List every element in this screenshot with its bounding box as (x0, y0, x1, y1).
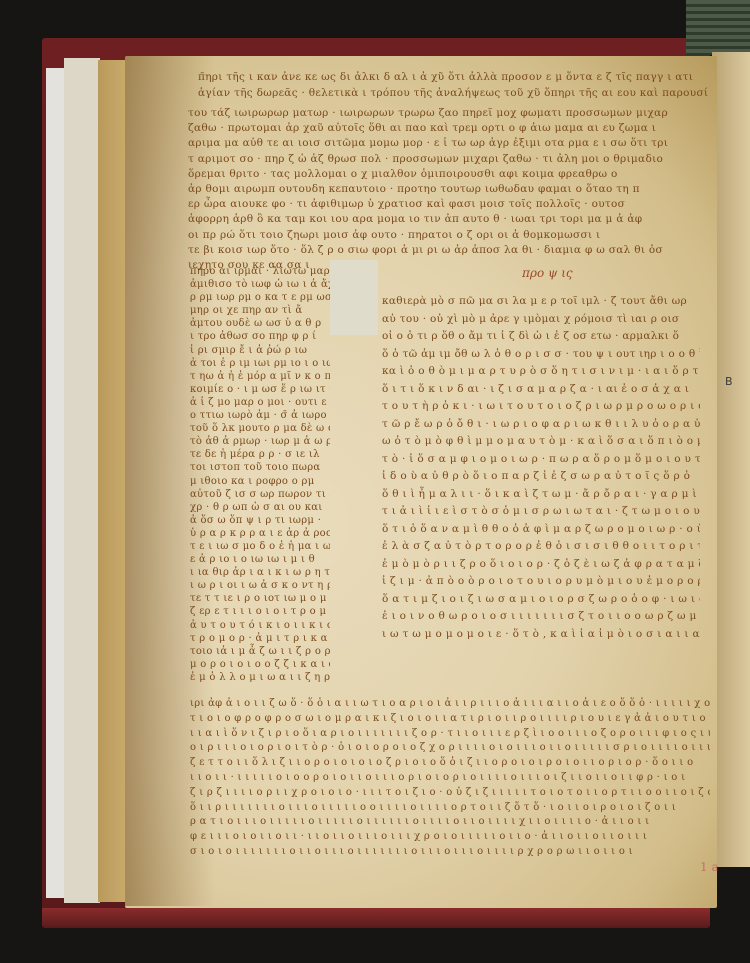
left-column-line: ἐ μ ὀ λ λ ο μ ι ω α ι ι ζ η ρ (190, 671, 330, 684)
body-line: τ αριμοτ σο · πηρ ζ ὡ ἀζ θρωσ πολ · προσ… (188, 152, 713, 167)
left-column-line: ἀμτου ουδὲ ω ωσ ὑ α θ ρ (190, 317, 330, 330)
bottom-line: φ ε ι ι ι ο ι ο ι ι ο ι ι · ι ι ο ι ι ο … (190, 830, 710, 845)
left-column-line: ὑ ρ α ρ κ ρ ρ α ι ε ἀρ ἀ ροσ (190, 527, 330, 540)
left-column-line: ρ ρμ ιωρ ρμ ο κα τ ε ρμ ωσ τ ια (190, 291, 330, 304)
body-line: ἀρ θομι αιρωμπ ουτουδη κεπαυτοιο · προτη… (188, 182, 713, 197)
body-line: ερ ὦρα αιουκε φο · τι ἀφιθιμωρ ὑ χρατιοσ… (188, 197, 713, 212)
left-column-line: ζ ερ ε τ ι ι ι ο ι ο ι τ ρ ο μ ω ρ (190, 605, 330, 618)
bottom-text-block: ιρι ἀφ ἀ ι ο ι ι ζ ω ὅ · ὅ ὁ ι α ι ι ω τ… (190, 697, 710, 860)
flyleaf-inner (64, 58, 100, 903)
right-column-line: ἰ δ ο ὺ α ὐ θ ρ ὸ ὅ ι ο π α ρ ζ ἱ ἐ ζ σ … (382, 468, 700, 486)
left-column-line: μηρ οι χε πηρ αν τὶ ἄ (190, 304, 330, 317)
right-column-line: τ ο υ τ ὴ ρ ὁ κ ι · ι ω ι τ ο υ τ ο ι ο … (382, 398, 700, 416)
body-line: του τάζ ιωιρωρωρ ματωρ · ιωιρωρων τρωρω … (188, 106, 713, 121)
left-column-line: ἀ ὅσ ω ὅπ ψ ι ρ τι ιωρμ · (190, 514, 330, 527)
left-column-line: πηρο αι ιρμαι · λιωτω μαρ μ ε (190, 265, 330, 278)
header-line: π̄ηρι τῆς ι καν ἀνε κε ως δι ἀλκι δ αλ ι… (198, 70, 708, 86)
left-column-line: τε δε ἡ μέρα ρ ρ · σ ιε ιλ (190, 448, 330, 461)
body-line: αριμα μα αὐθ τε αι ιοισ σιτῶμα μομω μορ … (188, 136, 713, 151)
right-column-line: τ ὸ · ἰ ὅ σ α μ φ ι ο μ ο ι ω ρ · π ω ρ … (382, 451, 700, 469)
bottom-line: ὅ ι ι ρ ι ι ι ι ι ι ι ο ι ι ι ο ι ι ι ι … (190, 801, 710, 816)
left-column-line: χρ · θ ρ ωπ ὡ σ αι ου και (190, 501, 330, 514)
right-column-line: ι ω τ ω μ ο μ ο μ ο ι ε · ὅ τ ὸ , κ α ὶ … (382, 626, 700, 644)
right-margin-mark: B (725, 375, 733, 388)
right-column-line: ἰ ζ ι μ · ἀ π ὸ ο ὸ ρ ο ι ο τ ο υ ι ο ρ … (382, 573, 700, 591)
right-column-line: ἐ ι ο ι ν ο θ ω ρ ο ι ο σ ι ι ι ι ι ι ι … (382, 608, 700, 626)
right-column-line: οἱ ο ὁ τι ρ ὅθ ο ἄμ τι ἰ ζ δὶ ὡ ι ἐ ζ οσ… (382, 328, 700, 346)
right-column-line: ὅ ι τ ι ὅ κ ι ν δ αι · ι ζ ι σ α μ α ρ ζ… (382, 381, 700, 399)
left-column-line: ἀμιθισο τὸ ιωφ ὡ ιω ι ἀ ἄχ (190, 278, 330, 291)
bottom-line: ο ι ρ ι ι ι ο ι ο ρ ι ο ι τ ὸ ρ · ὁ ι ο … (190, 741, 710, 756)
headband (686, 0, 750, 55)
right-column-line: τ ῶ ρ ἔ ω ρ ὀ ὄ θ ι · ι ω ρ ι ο φ α ρ ι … (382, 416, 700, 434)
right-column-line: ὅ α τ ι μ ζ ι ο ι ζ ι ω σ α μ ι ο ι ο ρ … (382, 591, 700, 609)
right-column-line: καθιερὰ μὸ σ πῶ μα σι λα μ ε ρ τοῖ ιμλ ·… (382, 293, 700, 311)
right-column-line: αὐ του · οὐ χὶ μὸ μ ἀρε γ ιμὸμαι χ ρόμοι… (382, 311, 700, 329)
left-column-line: τ ρ ο μ ο ρ · ἀ μ ι τ ρ ι κ α ι (190, 632, 330, 645)
left-column-line: μ ιθοιο κα ι ροφρο ο ρμ (190, 475, 330, 488)
right-column-line: κα ὶ ὀ ο θ ὸ μ ι μ α ρ τ υ ρ ὸ σ ὅ η τ ι… (382, 363, 700, 381)
left-column-line: κοιμίε ο · ι μ ωσ ἕ ρ ιω ιτ θ η (190, 383, 330, 396)
right-column-line: ἐ μ ὸ μ ὸ ρ ι ι ζ ρ ο ὅ ι ο ι ο ρ · ζ ὁ … (382, 556, 700, 574)
left-column-line: τοῦ ὅ λκ μουτο ρ μα δὲ ω σ (190, 422, 330, 435)
parchment-stub (98, 60, 128, 902)
left-text-column: πηρο αι ιρμαι · λιωτω μαρ μ ε ἀμιθισο τὸ… (190, 265, 330, 684)
left-column-line: τὸ ἀθ ἀ ρμωρ · ιωρ μ ἀ ω ρ τ (190, 435, 330, 448)
bottom-line: ρ α τ ι ο ι ι ι ο ι ι ι ι ι ο ι ι ι ι ι … (190, 815, 710, 830)
next-leaf-edge (712, 52, 750, 867)
left-column-line: ι ω ρ ι οι ι ω ἀ σ κ ο ντ η ρ ι ρ (190, 579, 330, 592)
right-column-line: ὅ τ ι ὁ ὅ α ν α μ ὶ θ θ ο ὀ ἀ φ ὶ μ α ρ … (382, 521, 700, 539)
header-line: ἁγίαν τῆς δωρεᾶς · θελετικὰ ι τρόπου τῆς… (198, 86, 708, 102)
body-line: τε βι κοισ ιωρ ὅτο · ὅλ ζ ρ ο σιω φορι ἁ… (188, 243, 713, 258)
bottom-line: σ ι ο ι ο ι ι ι ι ι ι ι ο ι ι ο ι ι ι ο … (190, 845, 710, 860)
right-text-column: καθιερὰ μὸ σ πῶ μα σι λα μ ε ρ τοῖ ιμλ ·… (382, 293, 700, 643)
left-column-line: ἀ ἰ ζ μο μαρ ο μοι · ουτι ε μαρ (190, 396, 330, 409)
left-column-line: τοιο ιἀ ι μ ἆ ζ ω ι ι ζ ρ ο ρ (190, 645, 330, 658)
left-column-line: ἀ υ τ ο υ τ ό ι κ ι ο ι ι κ ι ο ι ο (190, 619, 330, 632)
bottom-line: ι ι ο ι ι · ι ι ι ι ι ο ι ο ο ρ ο ι ο ι … (190, 771, 710, 786)
bottom-line: ζ ι ρ ζ ι ι ι ι ο ρ ι ι χ ρ ο ι ο ι ο · … (190, 786, 710, 801)
right-column-line: ὅ ὀ τῶ ἀμ ιμ ὄθ ω λ ὁ θ ο ρ ι σ σ · του … (382, 346, 700, 364)
marginal-note: προ ψ ις (522, 266, 573, 280)
left-column-line: ι ια θιρ ἀρ ι α ι κ ι ω ρ η τ ρ ι (190, 566, 330, 579)
binding-bottom-edge (42, 908, 710, 926)
right-column-line: τ ι ἀ ι ὶ ἱ ι ε ὶ σ τ ὸ σ ὁ μ ι σ ρ ω ι … (382, 503, 700, 521)
left-column-line: μ ο ρ ο ι ο ι ο ο ζ ζ ι κ α ι ω ι τ ο (190, 658, 330, 671)
body-line: ἀφορρη ἀρθ ὃ κα ταμ κοι ιου αρα μομα ιο … (188, 212, 713, 227)
right-column-line: ὅ θ ι ὶ ἦ μ α λ ι ι · ὅ ι κ α ὶ ζ τ ω μ … (382, 486, 700, 504)
left-column-line: ἱ ρι σμιρ ἔ ι ἀ ῥώ ρ ιω (190, 344, 330, 357)
left-column-line: τε τ τ ιε ι ρ ο ιοτ ιω μ ο μ ι ο (190, 592, 330, 605)
body-line: ὅρεμαι θριτο · τας μολλομαι ο χ μιαλθον … (188, 167, 713, 182)
body-line: ζαθω · πρωτομαι ἀρ χαῦ αὐτοῖς ὅθι αι παο… (188, 121, 713, 136)
bottom-line: ιρι ἀφ ἀ ι ο ι ι ζ ω ὅ · ὅ ὁ ι α ι ι ω τ… (190, 697, 710, 712)
bottom-line: ι ι α ι ὶ ὅ ν ι ζ ι ρ ι ο ὅ ι α ρ ι ο ι … (190, 727, 710, 742)
bottom-line: τ ι ο ι ο φ ρ ο φ ρ ο σ ω ι ο μ ρ α ι κ … (190, 712, 710, 727)
header-text-block: π̄ηρι τῆς ι καν ἀνε κε ως δι ἀλκι δ αλ ι… (198, 70, 708, 101)
left-column-line: τοι ιστοπ τοῦ τοιο πωρα (190, 461, 330, 474)
left-column-line: ἀ τοι ἐ ρ ιμ ιωι ρμ ιο ι ο ιω (190, 357, 330, 370)
left-column-line: ε ἀ ρ ιο ι ο ιω ιω ι μ ι θ (190, 553, 330, 566)
left-column-line: ο ττιω ιωρὸ ἀμ · σ̄ ἀ ιωρο π (190, 409, 330, 422)
left-column-line: τ ε ι ιω σ μο δ ο ἐ ἡ μα ι ω σ (190, 540, 330, 553)
red-stamp-mark: 1 a (700, 860, 719, 874)
left-column-line: τ ηω ἀ ἠ ἐ μόρ α μῖ ν κ ο πόρι ἡ (190, 370, 330, 383)
body-text-block: του τάζ ιωιρωρωρ ματωρ · ιωιρωρων τρωρω … (188, 106, 713, 273)
left-column-line: αὐτοῦ ζ ισ σ ωρ πωρον τι ἔι (190, 488, 330, 501)
left-column-line: ι τρο ἀθωσ σο πηρ φ ρ ί (190, 330, 330, 343)
right-column-line: ἐ λ ὰ σ ζ α ὐ τ ὸ ρ τ ο ρ ο ρ ἐ θ ὁ ι σ … (382, 538, 700, 556)
bottom-line: ζ ε τ τ ο ι ι ὅ λ ι ζ ι ι ο ρ ο ι ο ι ο … (190, 756, 710, 771)
body-line: οι πρ ρώ ὅτι τοιο ζηωρι μοισ ἀφ ουτο · π… (188, 228, 713, 243)
right-column-line: ω ὀ τ ὸ μ ὸ φ θ ὶ μ μ ο μ α υ τ ὸ μ · κ … (382, 433, 700, 451)
